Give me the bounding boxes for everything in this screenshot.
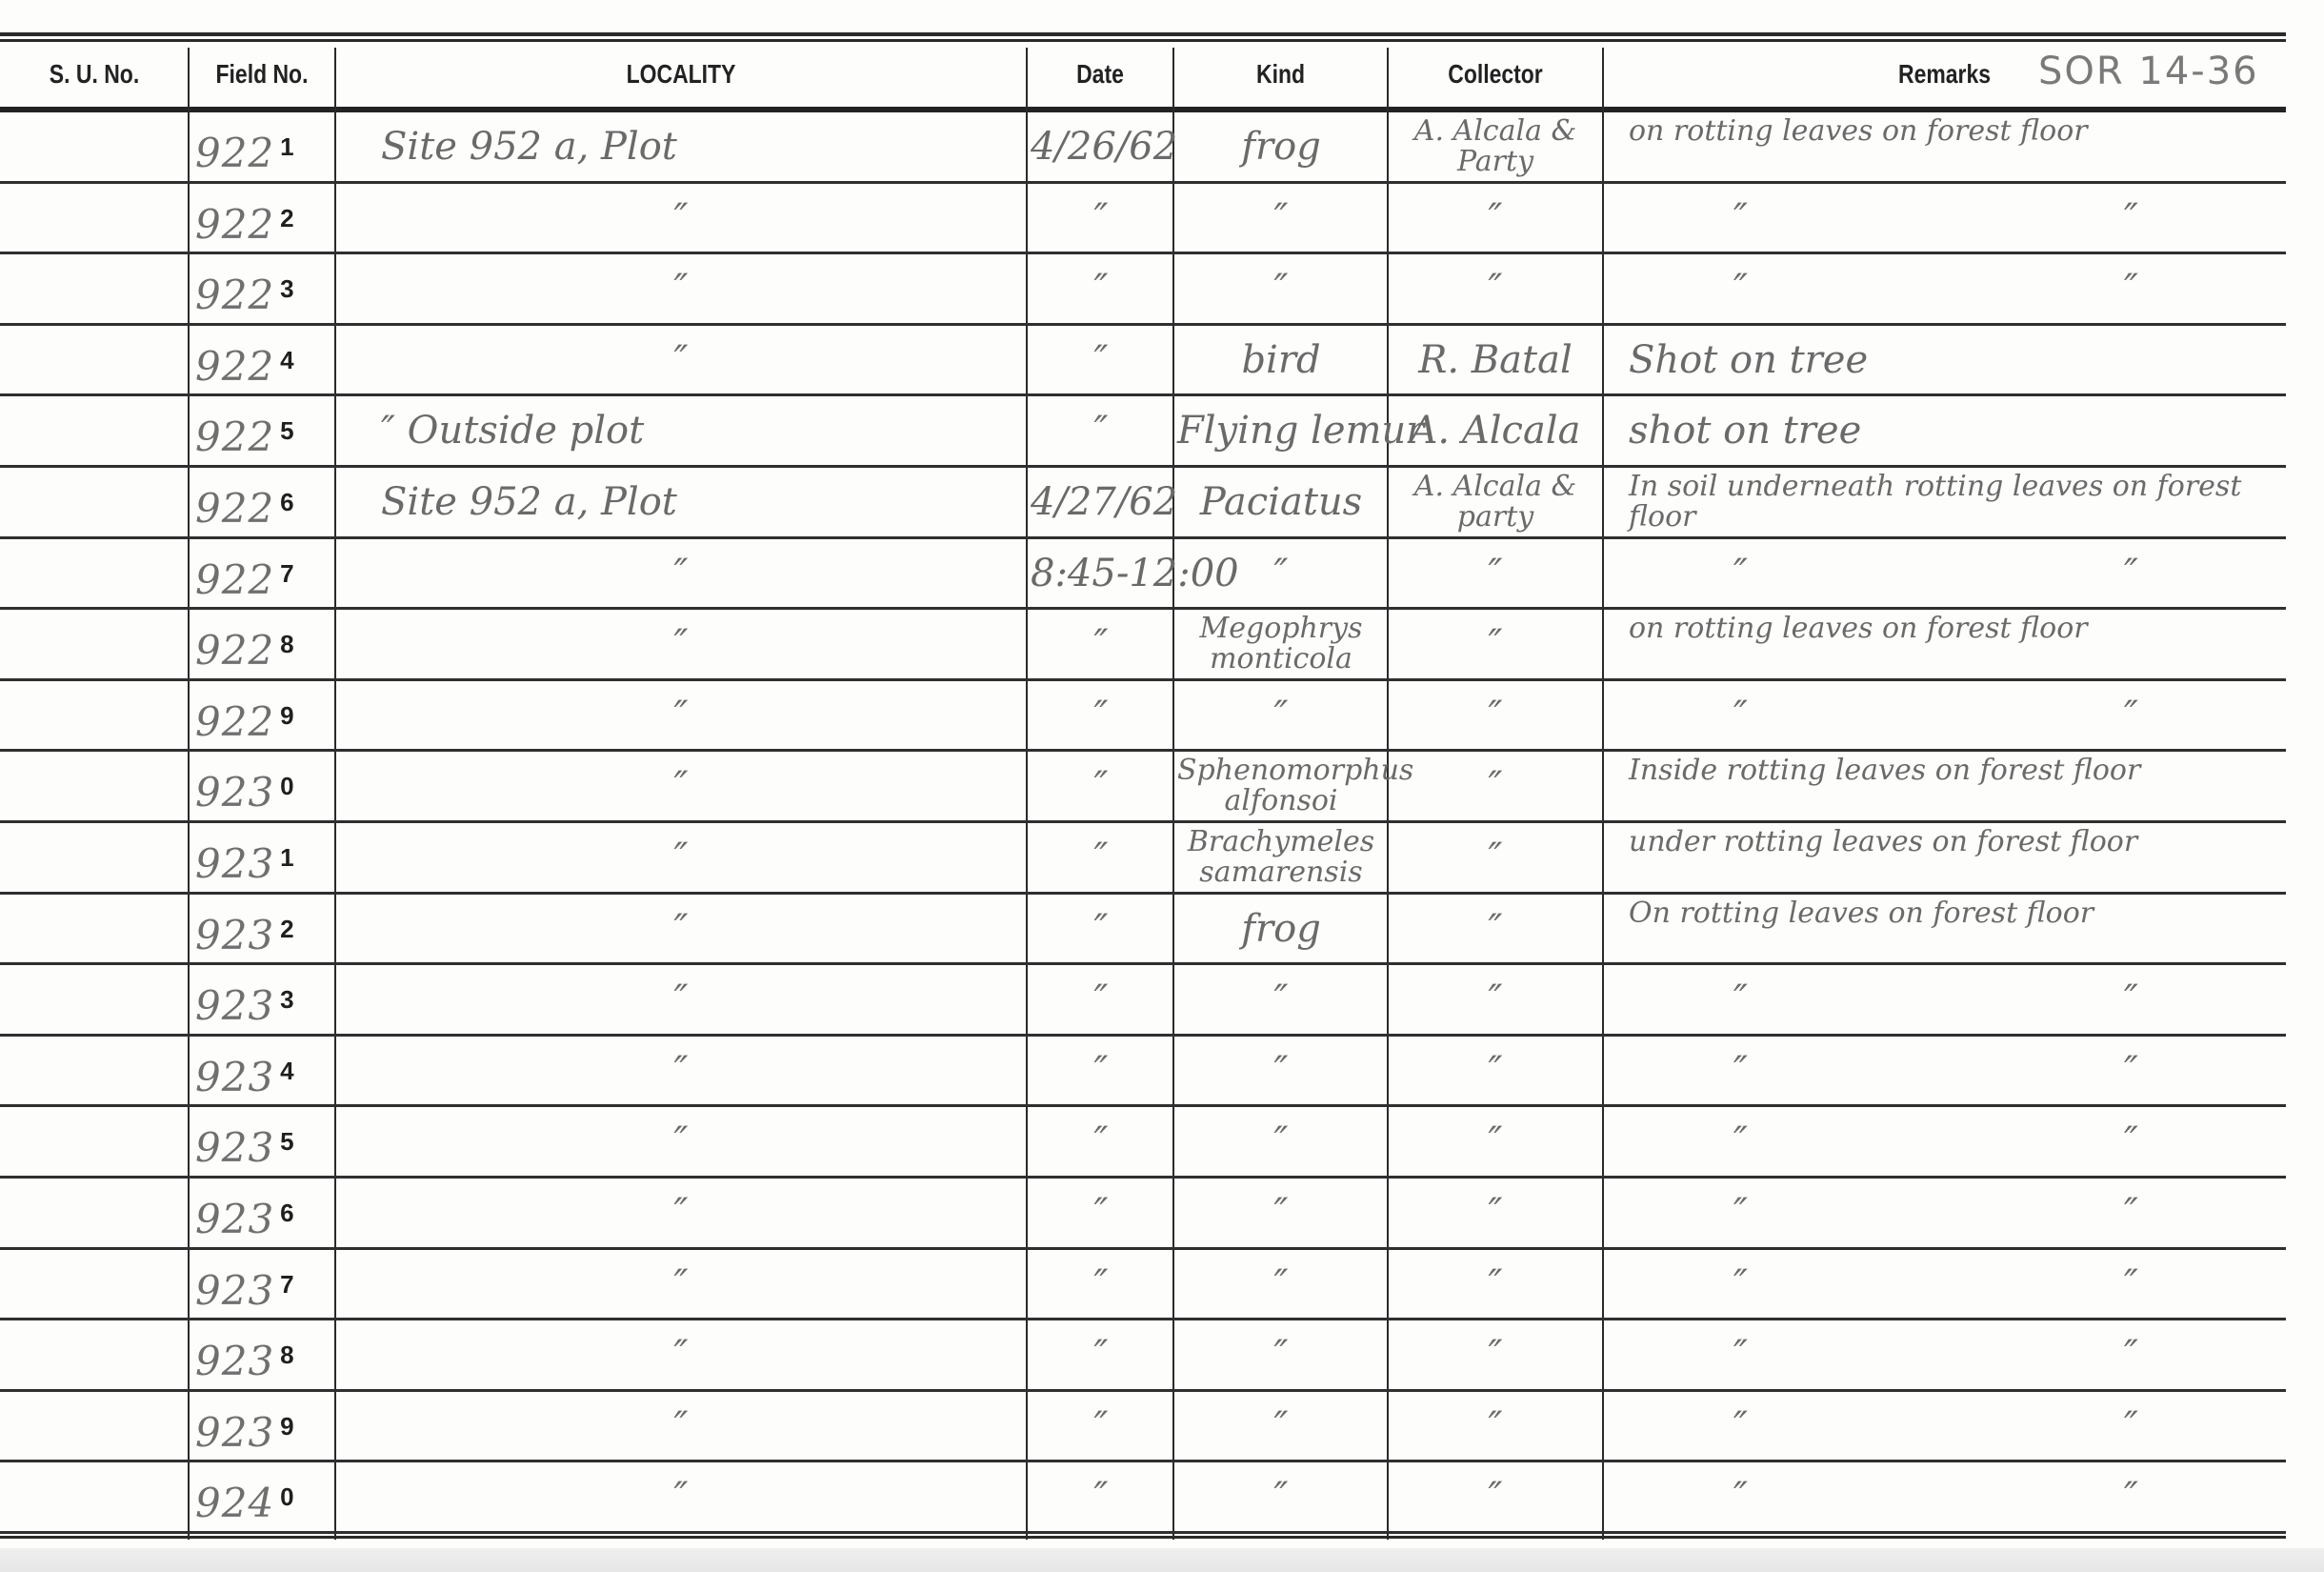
kind-cell: ″ xyxy=(1177,1320,1385,1389)
field-number-handwritten: 922 xyxy=(195,627,274,674)
field-number-handwritten: 922 xyxy=(195,130,274,176)
remarks-cell: ″″ xyxy=(1610,1320,2276,1389)
table-row: 9238 ″ ″ ″ ″ ″″ xyxy=(0,1320,2286,1392)
date-cell: ″ xyxy=(1031,326,1172,394)
field-number-printed-digit: 2 xyxy=(280,915,293,943)
field-number-handwritten: 922 xyxy=(195,556,274,603)
field-number: 9237 xyxy=(195,1250,329,1319)
header-kind: Kind xyxy=(1192,42,1369,107)
remarks-cell: Inside rotting leaves on forest floor xyxy=(1610,752,2276,816)
date-cell: ″ xyxy=(1031,895,1172,963)
locality-cell: ″ xyxy=(343,254,1019,323)
remarks-cell: ″″ xyxy=(1610,539,2276,608)
locality-cell: ″ Outside plot xyxy=(343,396,1019,465)
field-number-printed-digit: 4 xyxy=(280,1057,293,1085)
locality-cell: Site 952 a, Plot xyxy=(343,112,1019,181)
field-number-printed-digit: 0 xyxy=(280,1482,293,1511)
collector-cell: ″ xyxy=(1391,539,1600,608)
remarks-cell: shot on tree xyxy=(1610,396,2276,465)
table-row: 9234 ″ ″ ″ ″ ″″ xyxy=(0,1037,2286,1108)
table-row: 9226 Site 952 a, Plot 4/27/62 Paciatus A… xyxy=(0,468,2286,539)
remarks-cell: ″″ xyxy=(1610,965,2276,1034)
table-row: 9228 ″ ″ Megophrys monticola ″ on rottin… xyxy=(0,610,2286,681)
field-number: 9236 xyxy=(195,1179,329,1247)
field-number-handwritten: 922 xyxy=(195,201,274,248)
remarks-ditto: ″ xyxy=(2124,681,2138,750)
field-number: 9222 xyxy=(195,184,329,252)
remarks-ditto: ″ xyxy=(2124,184,2138,252)
field-number: 9239 xyxy=(195,1392,329,1461)
field-number-handwritten: 922 xyxy=(195,698,274,745)
remarks-cell: Shot on tree xyxy=(1610,326,2276,394)
locality-cell: Site 952 a, Plot xyxy=(343,468,1019,536)
remarks-ditto: ″ xyxy=(1733,1107,1748,1176)
field-number-handwritten: 922 xyxy=(195,413,274,460)
kind-cell: Sphenomorphus alfonsoi xyxy=(1177,752,1385,820)
remarks-ditto: ″ xyxy=(1733,1392,1748,1461)
remarks-cell: ″″ xyxy=(1610,1107,2276,1176)
date-cell: ″ xyxy=(1031,681,1172,750)
kind-cell: frog xyxy=(1177,895,1385,963)
remarks-ditto: ″ xyxy=(1733,1462,1748,1531)
locality-cell: ″ xyxy=(343,1179,1019,1247)
remarks-ditto: ″ xyxy=(2124,1037,2138,1105)
remarks-ditto: ″ xyxy=(1733,1037,1748,1105)
locality-cell: ″ xyxy=(343,1320,1019,1389)
field-number-handwritten: 923 xyxy=(195,1054,274,1100)
table-row: 9232 ″ ″ frog ″ On rotting leaves on for… xyxy=(0,895,2286,966)
field-number-printed-digit: 9 xyxy=(280,701,293,730)
field-number: 9224 xyxy=(195,326,329,394)
kind-cell: ″ xyxy=(1177,1462,1385,1531)
table-row: 9233 ″ ″ ″ ″ ″″ xyxy=(0,965,2286,1037)
table-row: 9237 ″ ″ ″ ″ ″″ xyxy=(0,1250,2286,1321)
field-number-handwritten: 923 xyxy=(195,1124,274,1171)
collector-cell: ″ xyxy=(1391,1179,1600,1247)
header-collector: Collector xyxy=(1407,42,1583,107)
field-number: 9223 xyxy=(195,254,329,323)
date-cell: ″ xyxy=(1031,823,1172,892)
locality-cell: ″ xyxy=(343,752,1019,820)
date-cell: ″ xyxy=(1031,184,1172,252)
date-cell: ″ xyxy=(1031,752,1172,820)
collector-cell: A. Alcala & Party xyxy=(1391,112,1600,181)
table-row: 9240 ″ ″ ″ ″ ″″ xyxy=(0,1462,2286,1534)
collector-cell: A. Alcala xyxy=(1391,396,1600,465)
remarks-ditto: ″ xyxy=(2124,965,2138,1034)
field-number: 9228 xyxy=(195,610,329,678)
field-number-printed-digit: 1 xyxy=(280,843,293,872)
field-number-handwritten: 923 xyxy=(195,840,274,887)
field-number: 9221 xyxy=(195,112,329,181)
kind-cell: ″ xyxy=(1177,184,1385,252)
field-number: 9230 xyxy=(195,752,329,820)
date-cell: ″ xyxy=(1031,1179,1172,1247)
table-row: 9223 ″ ″ ″ ″ ″″ xyxy=(0,254,2286,326)
locality-cell: ″ xyxy=(343,823,1019,892)
field-number-handwritten: 922 xyxy=(195,485,274,532)
locality-cell: ″ xyxy=(343,184,1019,252)
collector-cell: ″ xyxy=(1391,1107,1600,1176)
collector-cell: ″ xyxy=(1391,1037,1600,1105)
remarks-ditto: ″ xyxy=(1733,965,1748,1034)
remarks-ditto: ″ xyxy=(2124,1107,2138,1176)
date-cell: ″ xyxy=(1031,254,1172,323)
field-number: 9232 xyxy=(195,895,329,963)
remarks-ditto: ″ xyxy=(2124,1320,2138,1389)
locality-cell: ″ xyxy=(343,895,1019,963)
locality-cell: ″ xyxy=(343,1107,1019,1176)
remarks-ditto: ″ xyxy=(1733,539,1748,608)
collector-cell: ″ xyxy=(1391,1392,1600,1461)
remarks-ditto: ″ xyxy=(1733,1320,1748,1389)
remarks-cell: ″″ xyxy=(1610,1392,2276,1461)
kind-cell: bird xyxy=(1177,326,1385,394)
locality-cell: ″ xyxy=(343,1392,1019,1461)
locality-cell: ″ xyxy=(343,539,1019,608)
kind-cell: Brachymeles samarensis xyxy=(1177,823,1385,892)
field-number: 9226 xyxy=(195,468,329,536)
header-field-no: Field No. xyxy=(202,42,322,107)
kind-cell: ″ xyxy=(1177,1037,1385,1105)
field-number-printed-digit: 9 xyxy=(280,1412,293,1441)
kind-cell: Paciatus xyxy=(1177,468,1385,536)
table-row: 9227 ″ 8:45-12:00 ″ ″ ″″ xyxy=(0,539,2286,611)
kind-cell: ″ xyxy=(1177,965,1385,1034)
remarks-cell: under rotting leaves on forest floor xyxy=(1610,823,2276,888)
collector-cell: ″ xyxy=(1391,254,1600,323)
field-number-printed-digit: 7 xyxy=(280,559,293,588)
collector-cell: A. Alcala & party xyxy=(1391,468,1600,536)
remarks-cell: On rotting leaves on forest floor xyxy=(1610,895,2276,959)
collector-cell: ″ xyxy=(1391,184,1600,252)
field-number-handwritten: 923 xyxy=(195,1267,274,1314)
remarks-ditto: ″ xyxy=(2124,1462,2138,1531)
top-double-rule xyxy=(0,32,2286,36)
locality-cell: ″ xyxy=(343,610,1019,678)
field-number-handwritten: 923 xyxy=(195,1196,274,1242)
remarks-cell: ″″ xyxy=(1610,1462,2276,1531)
remarks-cell: ″″ xyxy=(1610,254,2276,323)
locality-cell: ″ xyxy=(343,681,1019,750)
page-edge xyxy=(0,1548,2324,1572)
remarks-ditto: ″ xyxy=(1733,681,1748,750)
remarks-ditto: ″ xyxy=(2124,1250,2138,1319)
field-number: 9234 xyxy=(195,1037,329,1105)
collector-cell: ″ xyxy=(1391,752,1600,820)
remarks-cell: ″″ xyxy=(1610,681,2276,750)
date-cell: ″ xyxy=(1031,396,1172,465)
field-number-printed-digit: 5 xyxy=(280,416,293,445)
field-number-printed-digit: 6 xyxy=(280,1199,293,1227)
date-cell: 4/27/62 xyxy=(1031,468,1172,536)
field-number-printed-digit: 4 xyxy=(280,346,293,374)
date-cell: ″ xyxy=(1031,610,1172,678)
remarks-cell: on rotting leaves on forest floor xyxy=(1610,610,2276,675)
collector-cell: ″ xyxy=(1391,681,1600,750)
field-number-printed-digit: 5 xyxy=(280,1127,293,1156)
collector-cell: R. Batal xyxy=(1391,326,1600,394)
field-number-handwritten: 923 xyxy=(195,982,274,1029)
field-number-printed-digit: 2 xyxy=(280,204,293,232)
remarks-ditto: ″ xyxy=(1733,1250,1748,1319)
table-row: 9222 ″ ″ ″ ″ ″″ xyxy=(0,184,2286,255)
kind-cell: ″ xyxy=(1177,539,1385,608)
table-header: S. U. No. Field No. LOCALITY Date Kind C… xyxy=(0,42,2286,112)
locality-cell: ″ xyxy=(343,326,1019,394)
bottom-rule xyxy=(0,1536,2286,1539)
locality-cell: ″ xyxy=(343,1037,1019,1105)
remarks-cell: ″″ xyxy=(1610,184,2276,252)
remarks-cell: ″″ xyxy=(1610,1179,2276,1247)
remarks-ditto: ″ xyxy=(1733,184,1748,252)
field-number-handwritten: 923 xyxy=(195,1409,274,1456)
header-locality: LOCALITY xyxy=(397,42,964,107)
field-number-handwritten: 924 xyxy=(195,1480,274,1526)
kind-cell: ″ xyxy=(1177,1392,1385,1461)
remarks-ditto: ″ xyxy=(2124,539,2138,608)
field-number-printed-digit: 3 xyxy=(280,274,293,303)
collector-cell: ″ xyxy=(1391,610,1600,678)
specimen-catalog-sheet: S. U. No. Field No. LOCALITY Date Kind C… xyxy=(0,0,2324,1572)
collector-cell: ″ xyxy=(1391,895,1600,963)
collector-cell: ″ xyxy=(1391,1320,1600,1389)
header-date: Date xyxy=(1040,42,1160,107)
remarks-cell: on rotting leaves on forest floor xyxy=(1610,112,2276,177)
kind-cell: Flying lemur xyxy=(1177,396,1385,465)
field-number-handwritten: 923 xyxy=(195,769,274,816)
kind-cell: frog xyxy=(1177,112,1385,181)
collector-cell: ″ xyxy=(1391,823,1600,892)
remarks-ditto: ″ xyxy=(2124,1392,2138,1461)
date-cell: 8:45-12:00 xyxy=(1031,539,1172,608)
remarks-ditto: ″ xyxy=(1733,254,1748,323)
collector-cell: ″ xyxy=(1391,965,1600,1034)
date-cell: ″ xyxy=(1031,1320,1172,1389)
table-row: 9221 Site 952 a, Plot 4/26/62 frog A. Al… xyxy=(0,112,2286,184)
field-number-handwritten: 922 xyxy=(195,343,274,390)
kind-cell: ″ xyxy=(1177,1107,1385,1176)
field-number: 9240 xyxy=(195,1462,329,1531)
field-number-printed-digit: 1 xyxy=(280,132,293,161)
kind-cell: ″ xyxy=(1177,681,1385,750)
table-row: 9229 ″ ″ ″ ″ ″″ xyxy=(0,681,2286,753)
header-su-no: S. U. No. xyxy=(17,42,171,107)
date-cell: ″ xyxy=(1031,1107,1172,1176)
date-cell: ″ xyxy=(1031,1462,1172,1531)
field-number: 9238 xyxy=(195,1320,329,1389)
collector-cell: ″ xyxy=(1391,1462,1600,1531)
field-number-printed-digit: 0 xyxy=(280,772,293,800)
kind-cell: ″ xyxy=(1177,1179,1385,1247)
field-number: 9233 xyxy=(195,965,329,1034)
field-number: 9227 xyxy=(195,539,329,608)
field-number-printed-digit: 7 xyxy=(280,1270,293,1299)
field-number: 9231 xyxy=(195,823,329,892)
kind-cell: ″ xyxy=(1177,254,1385,323)
kind-cell: ″ xyxy=(1177,1250,1385,1319)
remarks-ditto: ″ xyxy=(2124,254,2138,323)
table-row: 9230 ″ ″ Sphenomorphus alfonsoi ″ Inside… xyxy=(0,752,2286,823)
collector-cell: ″ xyxy=(1391,1250,1600,1319)
date-cell: ″ xyxy=(1031,1250,1172,1319)
field-number: 9225 xyxy=(195,396,329,465)
date-cell: 4/26/62 xyxy=(1031,112,1172,181)
date-cell: ″ xyxy=(1031,1037,1172,1105)
remarks-cell: ″″ xyxy=(1610,1250,2276,1319)
locality-cell: ″ xyxy=(343,1250,1019,1319)
field-number-printed-digit: 8 xyxy=(280,630,293,658)
field-number: 9235 xyxy=(195,1107,329,1176)
remarks-cell: ″″ xyxy=(1610,1037,2276,1105)
row-rule xyxy=(0,1531,2286,1534)
date-cell: ″ xyxy=(1031,1392,1172,1461)
date-cell: ″ xyxy=(1031,965,1172,1034)
locality-cell: ″ xyxy=(343,1462,1019,1531)
table-row: 9235 ″ ″ ″ ″ ″″ xyxy=(0,1107,2286,1179)
field-number-printed-digit: 6 xyxy=(280,488,293,516)
remarks-cell: In soil underneath rotting leaves on for… xyxy=(1610,468,2276,533)
table-row: 9225 ″ Outside plot ″ Flying lemur A. Al… xyxy=(0,396,2286,468)
field-number-handwritten: 923 xyxy=(195,912,274,958)
table-row: 9224 ″ ″ bird R. Batal Shot on tree xyxy=(0,326,2286,397)
table-row: 9239 ″ ″ ″ ″ ″″ xyxy=(0,1392,2286,1463)
field-number-handwritten: 923 xyxy=(195,1338,274,1384)
field-number: 9229 xyxy=(195,681,329,750)
field-number-handwritten: 922 xyxy=(195,272,274,318)
table-row: 9231 ″ ″ Brachymeles samarensis ″ under … xyxy=(0,823,2286,895)
table-row: 9236 ″ ″ ″ ″ ″″ xyxy=(0,1179,2286,1250)
remarks-ditto: ″ xyxy=(1733,1179,1748,1247)
field-number-printed-digit: 3 xyxy=(280,985,293,1014)
catalog-annotation: SOR 14-36 xyxy=(2038,50,2259,93)
field-number-printed-digit: 8 xyxy=(280,1340,293,1369)
kind-cell: Megophrys monticola xyxy=(1177,610,1385,678)
remarks-ditto: ″ xyxy=(2124,1179,2138,1247)
locality-cell: ″ xyxy=(343,965,1019,1034)
